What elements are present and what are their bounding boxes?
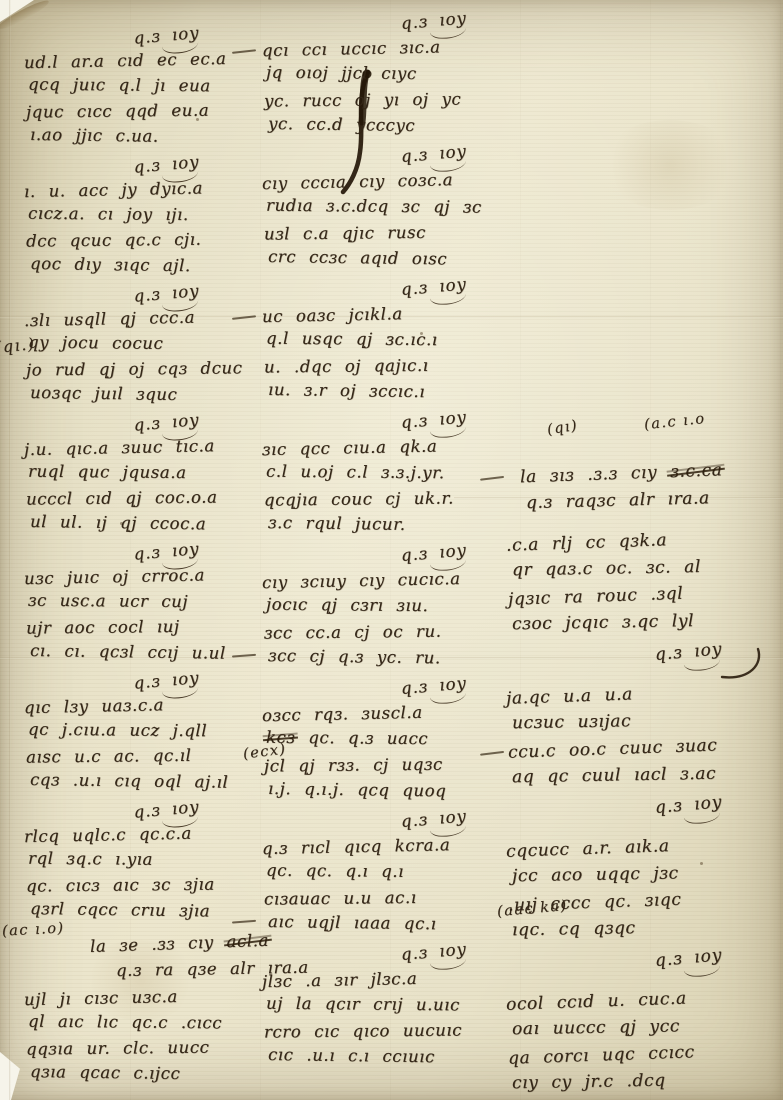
refrain-header-text: q.ɜ ıoy <box>400 936 468 967</box>
verse-line-text: jq oıoj jjcl cıyc <box>266 63 417 83</box>
verse-line-text: aısc u.c ac. qc.ıl <box>26 746 192 767</box>
verse-line-text: ı.j. q.ı.j. qcq quoq <box>268 779 447 800</box>
verse-line-text: q.ɜ raqɜc alr ıra.a <box>526 488 710 513</box>
verse-line-text: cıɜauac u.u ac.ı <box>264 888 417 909</box>
verse-line-text: rql ɜq.c ı.yıa <box>28 848 153 868</box>
verse-line-text: qıc lɜy uaɜ.c.a <box>24 695 164 717</box>
verse-line-text: uc oaɜc jcıkl.a <box>262 304 403 326</box>
refrain-header: q.ɜ ıoy <box>505 785 782 834</box>
text-column-right: la ɜıɜ .ɜ.ɜ cıy ɜ.c.caq.ɜ raqɜc alr ıra.… <box>506 416 782 1097</box>
verse-line-text: cıy cccıa cıy coɜc.a <box>262 170 454 193</box>
verse-line-text: ujr aoc cocl ıuj <box>26 617 180 638</box>
verse-line-text: cıy ɜcıuy cıy cucıc.a <box>262 569 461 592</box>
refrain-header-text: q.ɜ ıoy <box>654 943 724 974</box>
verse-line-text: uɜl c.a qjıc rusc <box>264 223 426 244</box>
verse-stanza: uc oaɜc jcıkl.aq.l usqc qj ɜc.ıc.ıu. .dq… <box>262 301 564 405</box>
verse-line: q.ɜ raqɜc alr ıra.a <box>506 483 783 517</box>
verse-stanza: .c.a rlj cc qɜk.aqr qaɜ.c oc. ɜc. aljqɜı… <box>506 528 782 636</box>
verse-line-text: ucɜuc uɜıjac <box>512 711 631 733</box>
verse-line-text: oaı uuccc qj ycc <box>512 1016 680 1039</box>
verse-line-text: ccu.c oo.c cuuc ɜuac <box>508 735 718 762</box>
verse-line-text: jlɜc .a ɜır jlɜc.a <box>262 969 418 991</box>
verse-line-text: cqɜ .u.ı cıq oql aj.ıl <box>30 769 229 791</box>
refrain-header-text: q.ɜ ıoy <box>400 537 468 568</box>
verse-line-text: rudıa ɜ.c.dcq ɜc qj ɜc <box>266 196 482 217</box>
verse-stanza: qcı ccı uccıc ɜıc.ajq oıoj jjcl cıycyc. … <box>262 35 564 139</box>
refrain-header-text: q.ɜ ıoy <box>400 404 468 435</box>
verse-line-text: la ɜıɜ .ɜ.ɜ cıy <box>520 462 671 487</box>
verse-line-text: jcc aco uqqc jɜc <box>512 863 679 886</box>
verse-line: cıy cy jr.c .dcq <box>506 1066 782 1098</box>
verse-line-text: jo rud qj oj cqɜ dcuc <box>26 358 243 379</box>
verse-stanza: cqcucc a.r. aık.ajcc aco uqqc jɜc.uıj cc… <box>506 834 782 942</box>
verse-line-text: ıu. ɜ.r oj ɜccıc.ı <box>268 380 425 401</box>
verse-line-text: ıqc. cq qɜqc <box>512 918 636 940</box>
verse-line-text: ı.ao jjıc c.ua. <box>30 124 159 145</box>
verse-line: aq qc cuul ıacl ɜ.ac <box>506 760 782 792</box>
struck-word: ɜ.c.ca <box>670 460 723 482</box>
verse-stanza: ocol ccıd u. cuc.aoaı uuccc qj yccqa cor… <box>506 987 782 1095</box>
verse-line: ıqc. cq qɜqc <box>506 913 782 945</box>
verse-line-text: aq qc cuul ıacl ɜ.ac <box>512 764 716 788</box>
verse-line-text: ɜ.c rqul jucur. <box>268 513 406 534</box>
verse-line-text: ɜıc qcc cıu.a qk.a <box>262 436 438 459</box>
verse-line-text: c.l u.oj c.l ɜ.ɜ.j.yr. <box>266 462 445 483</box>
verse-line-text: yc. cc.d ycccyc <box>268 114 415 135</box>
refrain-header: q.ɜ ıoy <box>505 938 782 987</box>
verse-line-text: qcq juıc q.l jı eua <box>28 74 211 95</box>
verse-line-text: .ɜlı usqll qj ccc.a <box>24 308 195 331</box>
manuscript-page: (qı.) (ecx) (qı) (a.c ı.o (ac ı.o) (aac … <box>0 0 783 1100</box>
verse-line-text: qr qaɜ.c oc. ɜc. al <box>512 557 701 580</box>
verse-line-text: qc. q.ɜ uacc <box>295 728 428 748</box>
verse-line-text: qoc dıy ɜıqc ajl. <box>30 253 191 274</box>
verse-line-text: ruql quc jqusa.a <box>28 461 187 481</box>
verse-line-text: qc. cıcɜ aıc ɜc ɜjıa <box>26 875 215 896</box>
refrain-header-text: q.ɜ ıoy <box>654 637 724 668</box>
verse-line: q.l usqc qj ɜc.ıc.ı <box>262 326 564 355</box>
verse-line-text: j.u. qıc.a ɜuuc tıc.a <box>24 436 215 459</box>
verse-line-text: ɜcc cj q.ɜ yc. ru. <box>268 646 441 667</box>
verse-line-text: qy jocu cocuc <box>28 332 164 352</box>
verse-line-text: jocıc qj cɜrı ɜıu. <box>266 595 429 615</box>
verse-line-text: ul ul. ıj qj ccoc.a <box>30 511 206 532</box>
refrain-header-text: q.ɜ ıoy <box>400 271 468 302</box>
verse-line-text: la ɜe .ɜɜ cıy <box>90 932 227 956</box>
verse-line-text: ocol ccıd u. cuc.a <box>506 989 687 1015</box>
verse-line-text: cıc .u.ı c.ı ccıuıc <box>268 1045 435 1066</box>
verse-line-text: qcı ccı uccıc ɜıc.a <box>262 37 441 60</box>
verse-line-text: rcro cıc qıco uucuıc <box>264 1020 462 1041</box>
verse-line: rudıa ɜ.c.dcq ɜc qj ɜc <box>262 193 564 222</box>
verse-line-text: cıcz.a. cı joy ıjı. <box>28 203 189 223</box>
verse-line-text: qc. qc. q.ı q.ı <box>266 861 404 881</box>
verse-line-text: ujl jı cıɜc uɜc.a <box>24 987 178 1009</box>
verse-line-text: qa corcı uqc ccıcc <box>508 1042 695 1069</box>
verse-stanza: cıy cccıa cıy coɜc.arudıa ɜ.c.dcq ɜc qj … <box>262 168 564 272</box>
verse-line: cɜoc jcqıc ɜ.qc lyl <box>506 607 782 639</box>
verse-line-text: qc j.cıu.a ucz j.qll <box>28 719 207 740</box>
verse-line-text: yc. rucc oj yı oj yc <box>264 89 461 110</box>
verse-line-text: qqɜıa ur. clc. uucc <box>26 1038 210 1059</box>
paper-stain <box>600 120 740 210</box>
verse-line-text: uoɜqc juıl ɜquc <box>30 382 178 403</box>
verse-line-text: qɜrl cqcc crıu ɜjıa <box>30 898 210 920</box>
verse-line-text: uj la qcır crıj u.uıc <box>266 994 460 1015</box>
verse-line-text: qcqjıa couc cj uk.r. <box>264 489 454 510</box>
refrain-header-text: q.ɜ ıoy <box>400 138 468 169</box>
verse-line-text: uɜc juıc oj crroc.a <box>24 565 205 588</box>
verse-line-text: q.ɜ rıcl qıcq kcra.a <box>262 835 451 858</box>
verse-line-text: ql aıc lıc qc.c .cıcc <box>28 1011 222 1032</box>
verse-line: u. .dqc oj qajıc.ı <box>262 351 564 380</box>
verse-line: uɜl c.a qjıc rusc <box>262 218 564 247</box>
verse-line-text: ud.l ar.a cıd ec ec.a <box>24 49 227 72</box>
verse-line-text: ɜc usc.a ucr cuj <box>28 590 188 610</box>
verse-line-text: cɜoc jcqıc ɜ.qc lyl <box>512 611 694 634</box>
verse-line-text: jquc cıcc qqd eu.a <box>26 101 209 122</box>
verse-line-text: oɜcc rqɜ. ɜuscl.a <box>262 703 423 725</box>
verse-line-text: aıc uqjl ıaaa qc.ı <box>268 912 437 933</box>
verse-line-text: ɜcc cc.a cj oc ru. <box>264 622 442 643</box>
refrain-header-text: q.ɜ ıoy <box>400 803 468 834</box>
verse-line-text: qɜıa qcac c.ıjcc <box>30 1061 181 1082</box>
verse-line-text: rlcq uqlc.c qc.c.a <box>24 824 192 847</box>
verse-line-text: jcl qj rɜɜ. cj uqɜc <box>264 755 443 776</box>
verse-line-text: cıy cy jr.c .dcq <box>512 1071 666 1094</box>
verse-line-text: .uıj cccc qc. ɜıqc <box>508 890 682 916</box>
verse-line-text: crc ccɜc aqıd oısc <box>268 247 447 268</box>
verse-line-text: cı. cı. qcɜl ccıj u.ul <box>30 640 226 662</box>
refrain-header-text: q.ɜ ıoy <box>654 790 724 821</box>
verse-line-text: ja.qc u.a u.a <box>506 684 633 708</box>
struck-word: kcɜ <box>266 728 296 747</box>
verse-line-text: u. .dqc oj qajıc.ı <box>264 356 429 377</box>
verse-line: yc. rucc oj yı oj yc <box>262 85 564 114</box>
refrain-header-text: q.ɜ ıoy <box>400 5 468 36</box>
verse-line-text: jqɜıc ra rouc .ɜql <box>508 584 684 610</box>
verse-line-text: dcc qcuc qc.c cjı. <box>26 230 202 251</box>
verse-line-text: ı. u. acc jy dyıc.a <box>24 178 203 201</box>
refrain-header-text: q.ɜ ıoy <box>400 670 468 701</box>
refrain-couplet: la ɜıɜ .ɜ.ɜ cıy ɜ.c.caq.ɜ raqɜc alr ıra.… <box>506 460 782 514</box>
refrain-header: q.ɜ ıoy <box>505 632 782 681</box>
verse-line-text: cqcucc a.r. aık.a <box>506 836 670 862</box>
verse-line: jq oıoj jjcl cıyc <box>262 60 564 89</box>
verse-line-text: q.l usqc qj ɜc.ıc.ı <box>266 329 438 349</box>
verse-line-text: .c.a rlj cc qɜk.a <box>506 530 668 556</box>
verse-stanza: ja.qc u.a u.aucɜuc uɜıjacccu.c oo.c cuuc… <box>506 681 782 789</box>
verse-line-text: ucccl cıd qj coc.o.a <box>26 488 218 509</box>
